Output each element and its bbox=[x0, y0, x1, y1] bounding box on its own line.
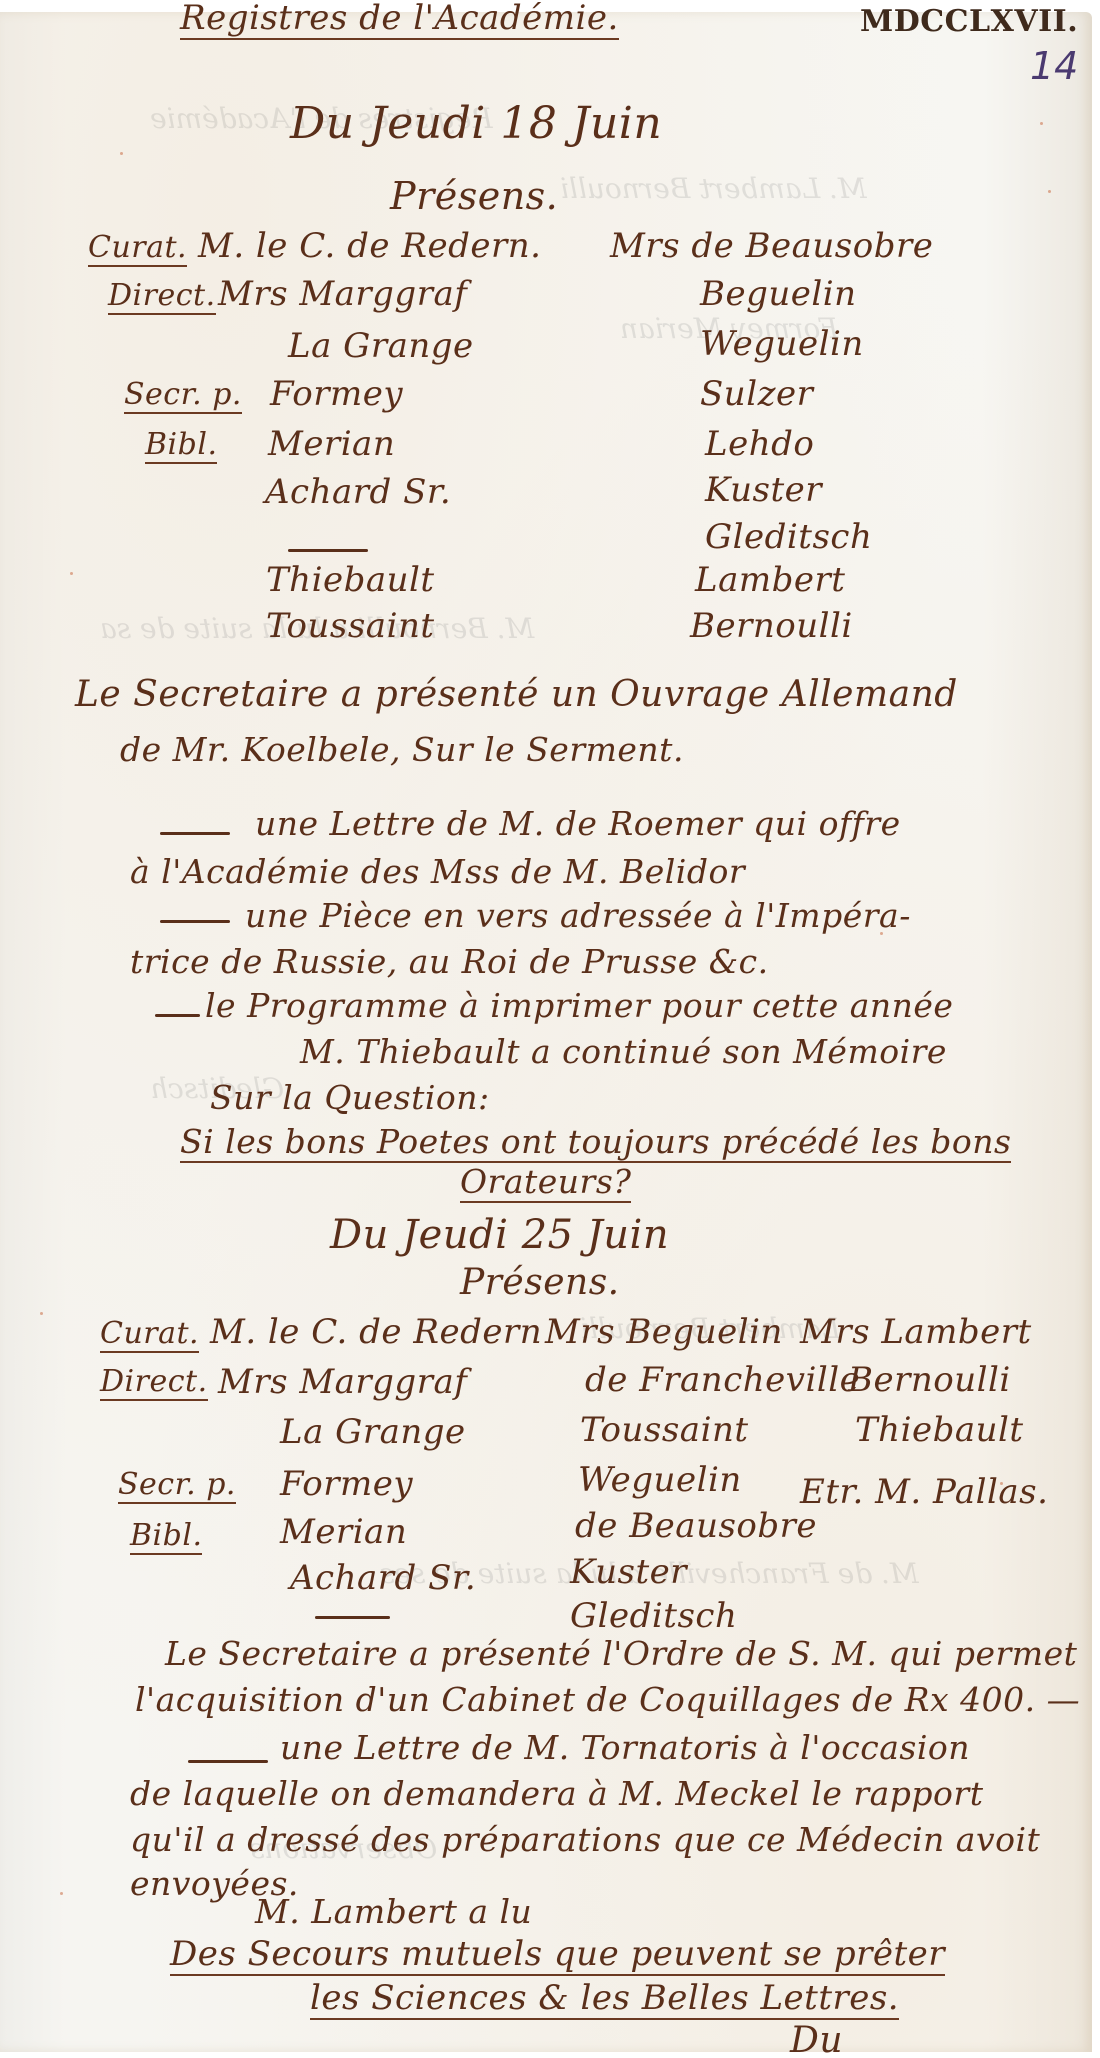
manuscript-page: Registres de l'Académie M. Lambert Berno… bbox=[0, 12, 1092, 2052]
paper-speck bbox=[60, 1892, 63, 1895]
minutes-line: M. Lambert a lu bbox=[255, 1892, 532, 1931]
session2-present-label: Présens. bbox=[460, 1262, 620, 1303]
member-name: Bernoulli bbox=[690, 606, 853, 646]
member-name: Mrs Beguelin bbox=[545, 1312, 783, 1352]
member-name: Achard Sr. bbox=[265, 472, 451, 512]
minutes-line: l'acquisition d'un Cabinet de Coquillage… bbox=[135, 1680, 1080, 1719]
member-name: Sulzer bbox=[700, 374, 813, 414]
folio-number: 14 bbox=[1030, 44, 1078, 88]
running-title: Registres de l'Académie. bbox=[180, 0, 619, 40]
minutes-line: une Lettre de M. Tornatoris à l'occasion bbox=[280, 1728, 970, 1767]
member-name: Lehdo bbox=[705, 424, 814, 464]
role-librarian: Bibl. bbox=[130, 1518, 202, 1555]
minutes-line: une Lettre de M. de Roemer qui offre bbox=[255, 804, 901, 843]
member-name: Etr. M. Pallas. bbox=[800, 1472, 1048, 1512]
question-title: Orateurs? bbox=[460, 1162, 631, 1203]
item-dash bbox=[155, 1014, 200, 1017]
minutes-line: Le Secretaire a présenté un Ouvrage Alle… bbox=[75, 674, 958, 715]
member-name: Toussaint bbox=[266, 606, 435, 646]
minutes-line: de Mr. Koelbele, Sur le Serment. bbox=[120, 730, 684, 769]
member-name: Weguelin bbox=[578, 1460, 742, 1500]
member-name: Formey bbox=[280, 1464, 413, 1504]
session1-present-label: Présens. bbox=[390, 174, 558, 218]
member-name: M. le C. de Redern bbox=[210, 1312, 542, 1352]
paper-speck bbox=[40, 1312, 43, 1315]
member-name: Gleditsch bbox=[570, 1596, 737, 1636]
minutes-line: le Programme à imprimer pour cette année bbox=[205, 986, 953, 1025]
minutes-line: trice de Russie, au Roi de Prusse &c. bbox=[130, 942, 769, 981]
role-curator: Curat. bbox=[100, 1316, 199, 1353]
member-name: M. le C. de Redern. bbox=[198, 226, 541, 266]
member-name: Mrs Lambert bbox=[800, 1312, 1032, 1352]
year-heading: MDCCLXVII. bbox=[860, 4, 1078, 39]
member-name: Weguelin bbox=[700, 324, 864, 364]
member-name: Kuster bbox=[705, 470, 822, 510]
member-name: Thiebault bbox=[855, 1410, 1024, 1450]
memoir-title: les Sciences & les Belles Lettres. bbox=[310, 1978, 899, 2020]
item-dash bbox=[188, 1760, 268, 1763]
item-dash bbox=[160, 832, 230, 835]
role-director: Direct. bbox=[108, 278, 216, 315]
member-name: Achard Sr. bbox=[290, 1558, 476, 1598]
paper-speck bbox=[70, 572, 73, 575]
member-name: Mrs Marggraf bbox=[218, 1362, 467, 1402]
session1-date: Du Jeudi 18 Juin bbox=[290, 98, 662, 149]
separator-dash bbox=[315, 1616, 390, 1619]
item-dash bbox=[160, 920, 230, 923]
role-director: Direct. bbox=[100, 1364, 208, 1401]
minutes-line: M. Thiebault a continué son Mémoire bbox=[300, 1032, 947, 1071]
member-name: La Grange bbox=[288, 326, 474, 366]
paper-speck bbox=[1040, 122, 1043, 125]
minutes-line: une Pièce en vers adressée à l'Impéra- bbox=[245, 896, 911, 935]
minutes-line: à l'Académie des Mss de M. Belidor bbox=[130, 852, 745, 891]
member-name: Mrs Marggraf bbox=[218, 274, 467, 314]
member-name: Merian bbox=[280, 1512, 407, 1552]
minutes-line: Le Secretaire a présenté l'Ordre de S. M… bbox=[165, 1634, 1077, 1673]
member-name: Lambert bbox=[695, 560, 845, 600]
role-librarian: Bibl. bbox=[145, 427, 217, 464]
paper-speck bbox=[120, 152, 123, 155]
role-curator: Curat. bbox=[88, 230, 187, 267]
member-name: Thiebault bbox=[266, 560, 435, 600]
session2-date: Du Jeudi 25 Juin bbox=[330, 1212, 669, 1258]
member-name: Toussaint bbox=[580, 1410, 749, 1450]
question-title: Si les bons Poetes ont toujours précédé … bbox=[180, 1122, 1011, 1163]
member-name: La Grange bbox=[280, 1412, 466, 1452]
paper-speck bbox=[1048, 190, 1051, 193]
separator-dash bbox=[288, 549, 368, 552]
minutes-line: de laquelle on demandera à M. Meckel le … bbox=[130, 1774, 983, 1813]
catchword: Du bbox=[790, 2020, 843, 2058]
minutes-line: Sur la Question: bbox=[210, 1078, 490, 1117]
member-name: Mrs de Beausobre bbox=[610, 226, 933, 266]
memoir-title: Des Secours mutuels que peuvent se prête… bbox=[170, 1934, 945, 1976]
member-name: Formey bbox=[270, 374, 403, 414]
member-name: Bernoulli bbox=[848, 1360, 1011, 1400]
minutes-line: qu'il a dressé des préparations que ce M… bbox=[130, 1820, 1040, 1859]
member-name: Merian bbox=[268, 424, 395, 464]
role-secretary: Secr. p. bbox=[118, 1467, 236, 1504]
member-name: Gleditsch bbox=[705, 517, 872, 557]
role-secretary: Secr. p. bbox=[124, 377, 242, 414]
member-name: de Beausobre bbox=[575, 1506, 817, 1546]
member-name: Beguelin bbox=[700, 274, 857, 314]
member-name: de Francheville bbox=[585, 1360, 860, 1400]
member-name: Kuster bbox=[570, 1552, 687, 1592]
bleed-through-text: M. Lambert Bernoulli bbox=[560, 172, 867, 205]
